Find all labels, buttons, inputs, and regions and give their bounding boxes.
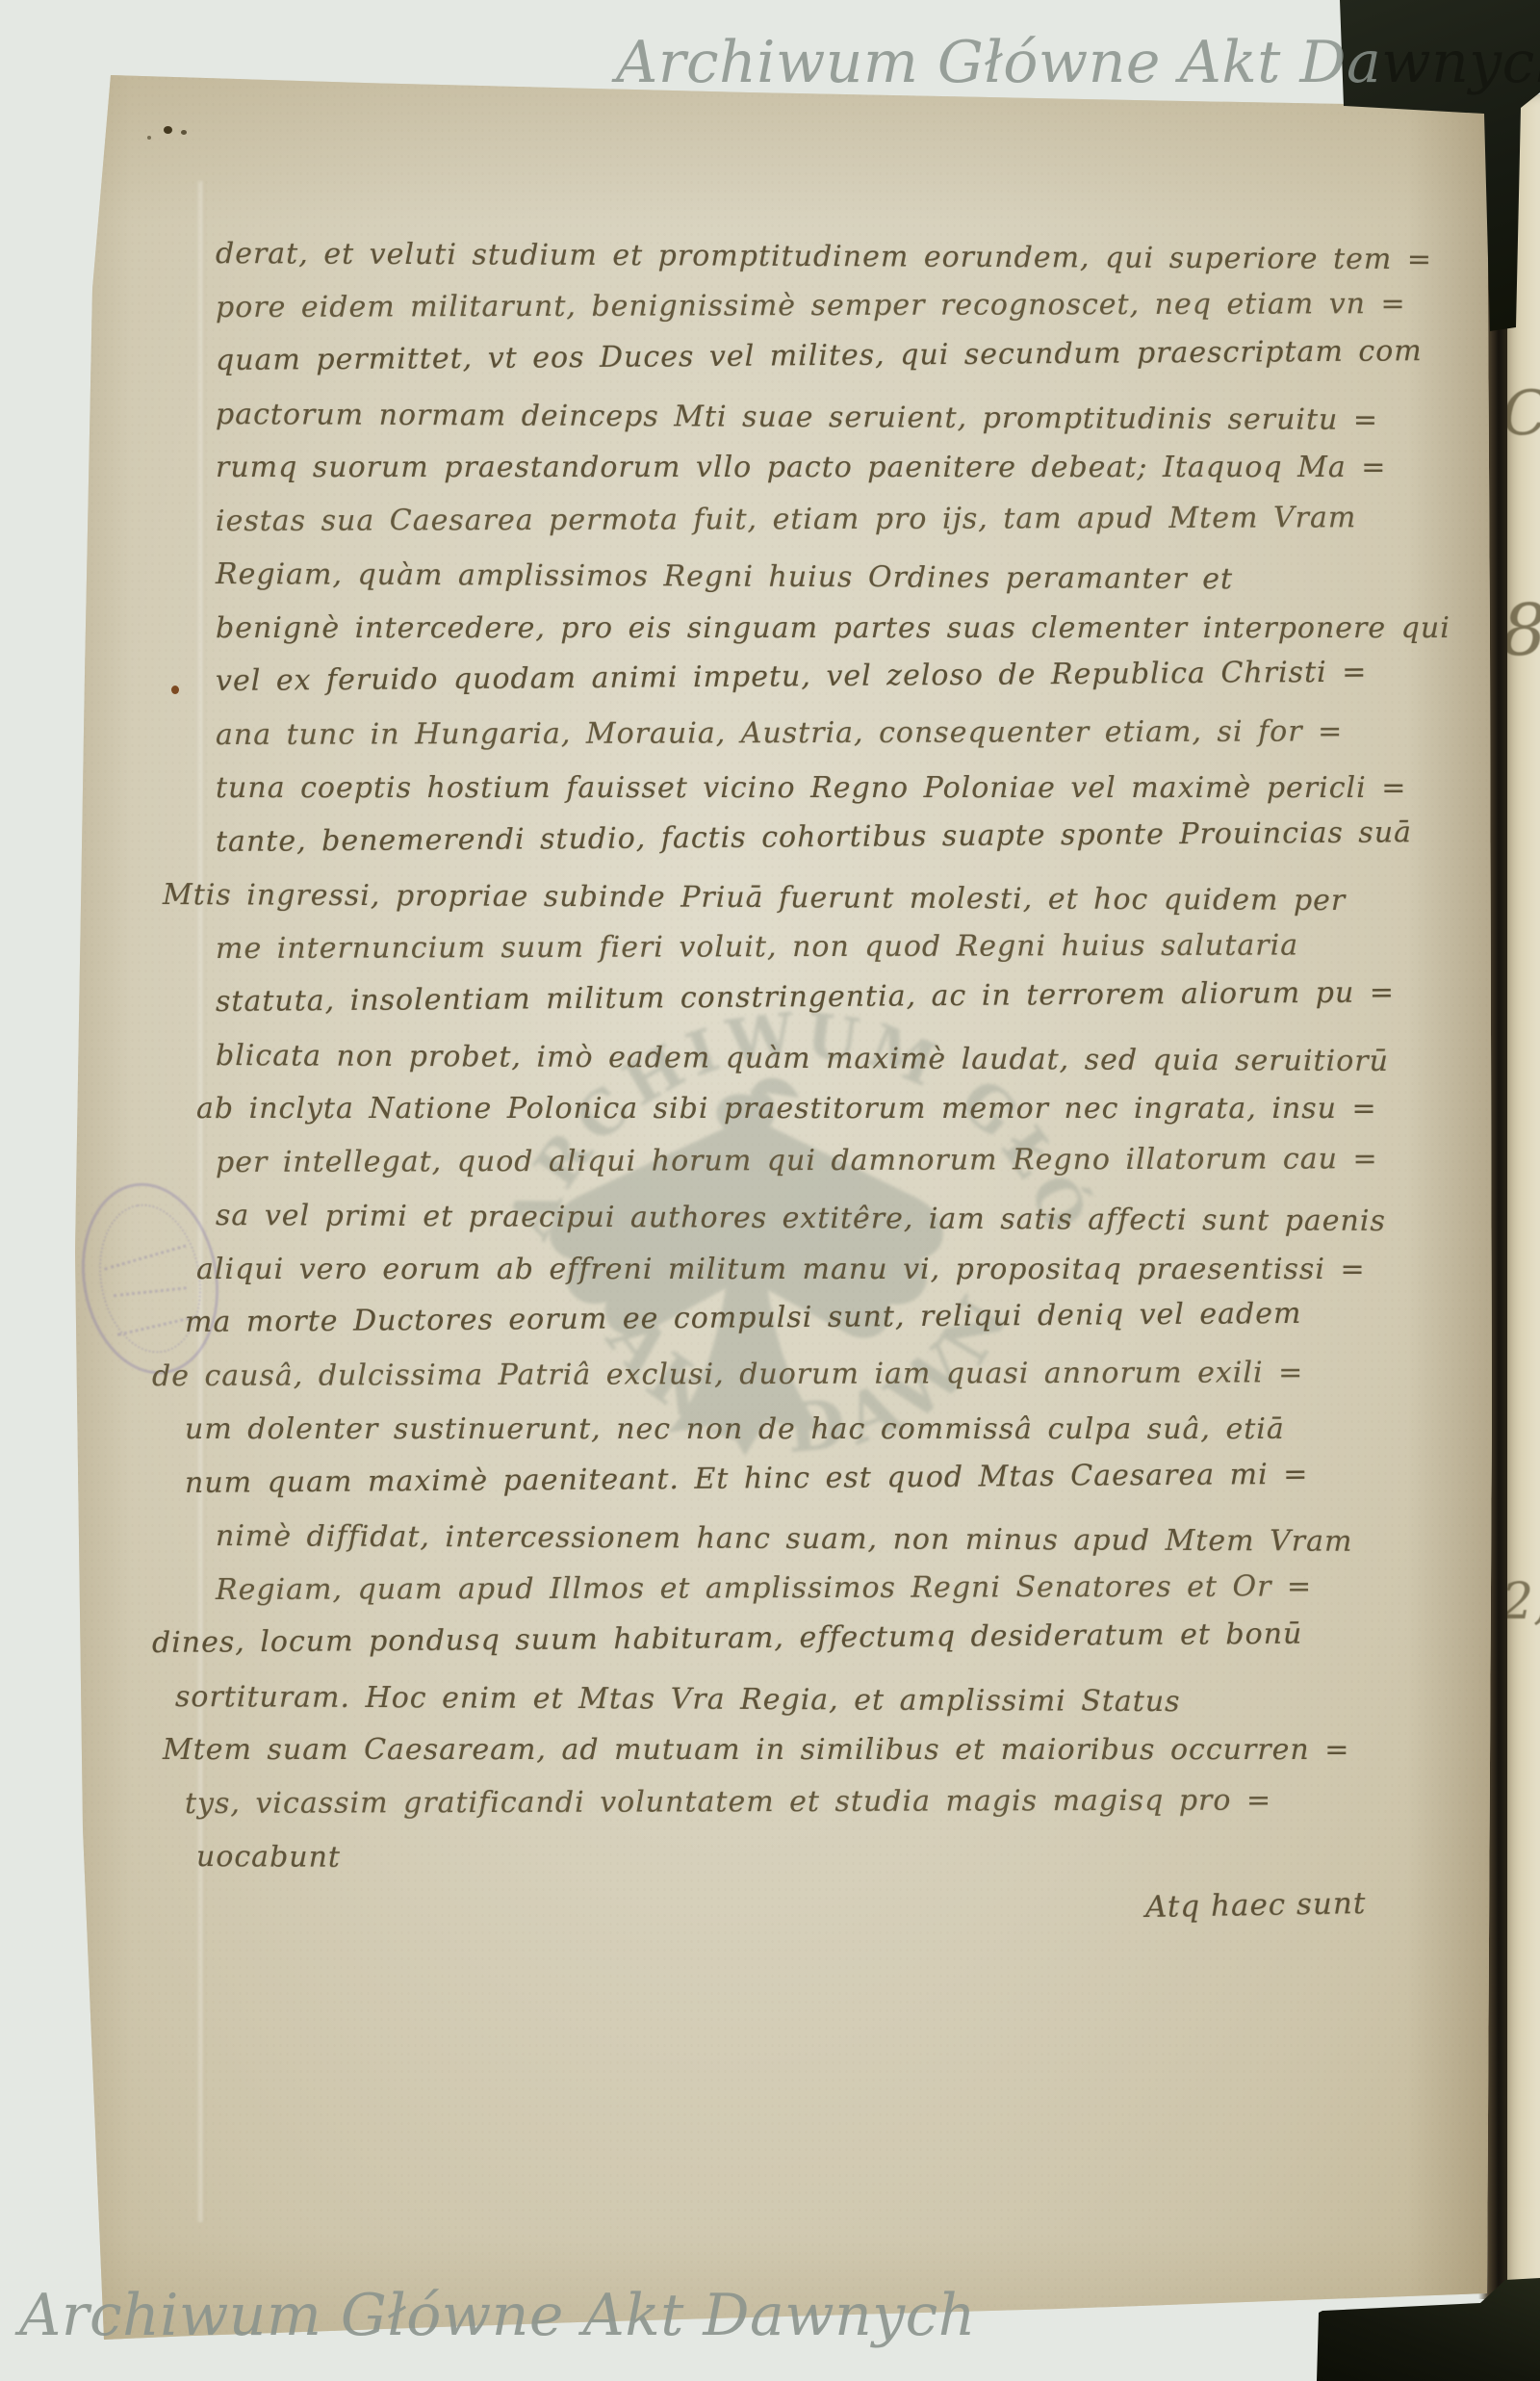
manuscript-line: Regiam, quàm amplissimos Regni huius Ord… [216,548,1492,608]
manuscript-line: sa vel primi et praecipui authores extit… [216,1189,1492,1249]
manuscript-line: vel ex feruido quodam animi impetu, vel … [216,644,1492,708]
margin-crease [196,181,205,2222]
manuscript-line: sortituram. Hoc enim et Mtas Vra Regia, … [175,1670,1492,1730]
manuscript-line: uocabunt [196,1830,1492,1890]
manuscript-line: num quam maximè paeniteant. Et hinc est … [185,1445,1492,1510]
manuscript-line: ana tunc in Hungaria, Morauia, Austria, … [216,704,1492,762]
manuscript-line: tante, benemerendi studio, factis cohort… [216,805,1492,868]
manuscript-line: tys, vicassim gratificandi voluntatem et… [185,1773,1492,1830]
stamp-illegible-text [112,1273,186,1297]
stamp-illegible-text [100,1231,186,1271]
ink-speck [147,136,151,140]
facing-page-ink-mark: C [1501,383,1540,445]
manuscript-line: dines, locum pondusq suum habituram, eff… [152,1606,1492,1670]
manuscript-line: rumq suorum praestandorum vllo pacto pae… [216,441,1492,495]
rust-speck [171,686,179,694]
manuscript-line: Mtem suam Caesaream, ad mutuam in simili… [163,1723,1492,1777]
manuscript-line: ma morte Ductores eorum ee compulsi sunt… [185,1285,1492,1350]
watermark-text-gray: Archiwum Główne Akt Da [616,29,1381,96]
archival-scan: { "archive": { "watermark_text": "Archiw… [0,0,1540,2381]
manuscript-page: ARCHIWUM GŁÓWNE AKT DAWNYCH derat, et ve… [75,65,1492,2349]
manuscript-line: per intellegat, quod aliqui horum qui da… [216,1131,1492,1189]
manuscript-line: ab inclyta Natione Polonica sibi praesti… [196,1082,1492,1136]
manuscript-text-block: derat, et veluti studium et promptitudin… [216,227,1492,1884]
facing-page-ink-mark: 2, [1501,1577,1540,1627]
ink-speck [181,130,187,135]
manuscript-line: quam permittet, vt eos Duces vel milites… [216,324,1492,387]
manuscript-line: de causâ, dulcissima Patriâ exclusi, duo… [152,1345,1492,1403]
manuscript-line: blicata non probet, imò eadem quàm maxim… [216,1029,1492,1089]
manuscript-line: iestas sua Caesarea permota fuit, etiam … [216,490,1492,548]
manuscript-line: statuta, insolentiam militum constringen… [216,965,1492,1028]
facing-page-ink-mark: 8 [1501,595,1540,666]
ink-speck [164,126,172,134]
manuscript-closing: Atq haec sunt [1145,1889,1367,1923]
manuscript-line: pactorum normam deinceps Mti suae seruie… [216,388,1492,448]
